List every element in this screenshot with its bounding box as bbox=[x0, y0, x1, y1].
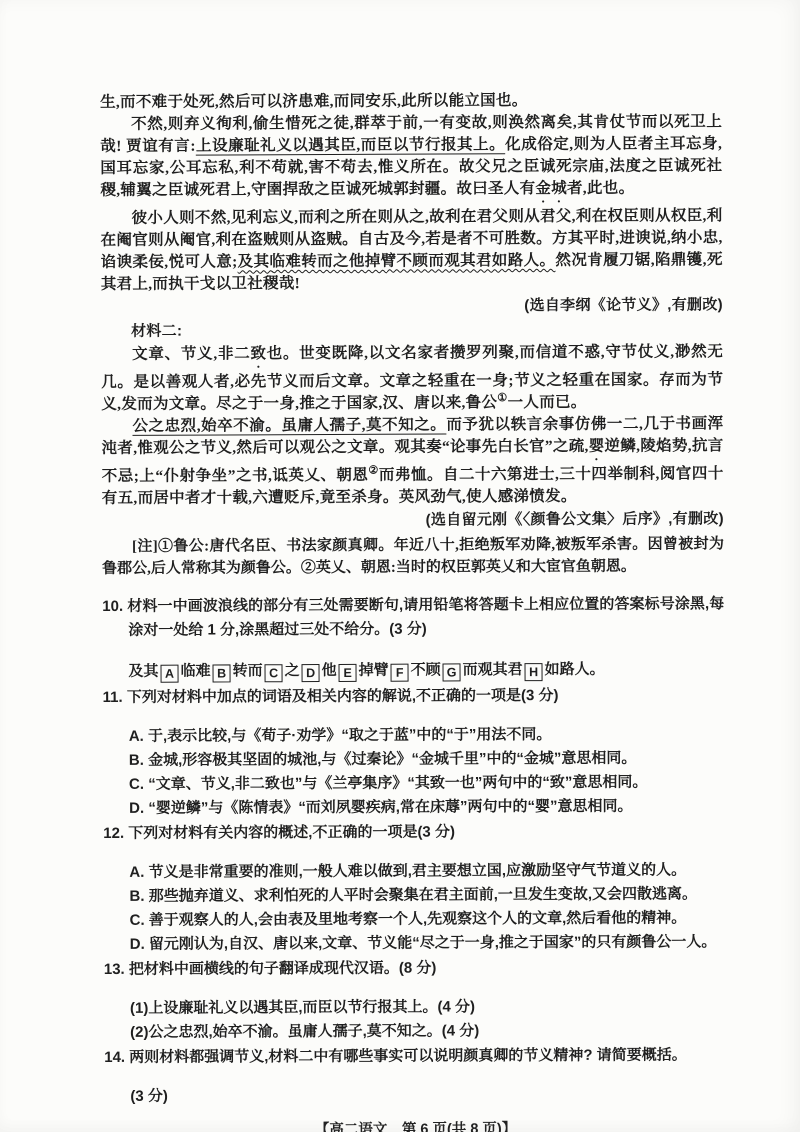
material-2: 材料二: 文章、节义,非二致也。世变既降,以文名家者攒罗列聚,而信道不惑,守节仗… bbox=[101, 317, 724, 534]
question-13-stem: 13. 把材料中画横线的句子翻译成现代汉语。(8 分) bbox=[104, 955, 726, 982]
answer-mark-box: F bbox=[391, 664, 409, 682]
question-14: 14. 两则材料都强调节义,材料二中有哪些事实可以说明颜真卿的节义精神? 请简要… bbox=[104, 1043, 726, 1109]
dotted-emphasis-text: 婴 bbox=[589, 438, 605, 455]
text-segment: 之 bbox=[285, 662, 300, 679]
question-12-option-b: B. 那些抛弃道义、求利怕死的人平时会聚集在君主面前,一旦发生变故,又会四散逃离… bbox=[103, 882, 725, 909]
question-14-stem: 14. 两则材料都强调节义,材料二中有哪些事实可以说明颜真卿的节义精神? 请简要… bbox=[104, 1043, 726, 1070]
question-11-option-b: B. 金城,形容极其坚固的城池,与《过秦论》“金城千里”中的“金城”意思相同。 bbox=[103, 746, 725, 773]
answer-mark-box: E bbox=[339, 664, 357, 682]
question-12-stem: 12. 下列对材料有关内容的概述,不正确的一项是(3 分) bbox=[103, 819, 725, 846]
underlined-text: 上设廉耻礼义以遇其臣,而臣以节行报其上。 bbox=[196, 136, 505, 154]
question-12: 12. 下列对材料有关内容的概述,不正确的一项是(3 分) A. 节义是非常重要… bbox=[103, 819, 726, 957]
text-segment: 转而 bbox=[233, 662, 263, 679]
question-10-stem: 10. 材料一中画波浪线的部分有三处需要断句,请用铅笔将答题卡上相应位置的答案标… bbox=[102, 592, 724, 643]
answer-mark-box: G bbox=[443, 663, 461, 681]
text-segment: 及其 bbox=[128, 663, 158, 680]
text-segment: 者,此也。 bbox=[567, 180, 634, 197]
exam-page: 生,而不难于处死,然后可以济患难,而同安乐,此所以能立国也。 不然,则弃义徇利,… bbox=[0, 0, 800, 1132]
footnote-ref: ① bbox=[497, 392, 507, 404]
answer-mark-box: H bbox=[525, 663, 543, 681]
question-12-option-a: A. 节义是非常重要的准则,一般人难以做到,君主要想立国,应激励坚守气节道义的人… bbox=[103, 858, 725, 885]
material-2-paragraph-1: 文章、节义,非二致也。世变既降,以文名家者攒罗列聚,而信道不惑,守节仗义,渺然无… bbox=[101, 341, 723, 416]
text-segment: 一人而已。 bbox=[508, 394, 587, 411]
material-2-paragraph-2: 公之忠烈,始卒不渝。虽庸人孺子,莫不知之。而予犹以轶言余事仿佛一二,几于书画浑沌… bbox=[101, 413, 723, 510]
question-13: 13. 把材料中画横线的句子翻译成现代汉语。(8 分) (1)上设廉耻礼义以遇其… bbox=[104, 955, 726, 1045]
material-1-paragraph-1: 生,而不难于处死,然后可以济患难,而同安乐,此所以能立国也。 bbox=[100, 89, 722, 114]
material-1: 生,而不难于处死,然后可以济患难,而同安乐,此所以能立国也。 不然,则弃义徇利,… bbox=[100, 89, 723, 320]
answer-mark-box: C bbox=[265, 664, 283, 682]
material-2-label: 材料二: bbox=[101, 317, 723, 344]
text-segment: 如路人。 bbox=[545, 661, 605, 678]
question-13-sub-1: (1)上设廉耻礼义以遇其臣,而臣以节行报其上。(4 分) bbox=[104, 994, 726, 1021]
underlined-text: 公之忠烈,始卒不渝。虽庸人孺子,莫不知之。 bbox=[132, 416, 446, 434]
answer-mark-box: A bbox=[161, 665, 179, 683]
text-segment: 生,而不难于处死,然后可以济患难,而同安乐,此所以能立国也。 bbox=[100, 92, 528, 111]
text-segment: 不顾 bbox=[411, 662, 441, 679]
question-11-option-a: A. 于,表示比较,与《荀子·劝学》“取之于蓝”中的“于”用法不同。 bbox=[103, 722, 725, 749]
question-13-sub-2: (2)公之忠烈,始卒不渝。虽庸人孺子,莫不知之。(4 分) bbox=[104, 1018, 726, 1045]
question-11-option-d: D. “婴逆鳞”与《陈情表》“而刘夙婴疾病,常在床蓐”两句中的“婴”意思相同。 bbox=[103, 794, 725, 821]
text-segment: 而观其君 bbox=[463, 661, 523, 678]
question-12-option-d: D. 留元刚认为,自汉、唐以来,文章、节义能“尽之于一身,推之于国家”的只有颜鲁… bbox=[104, 930, 726, 957]
question-10-answer-line: 及其A临难B转而C之D他E掉臂F不顾G而观其君H如路人。 bbox=[102, 655, 724, 685]
answer-mark-box: B bbox=[213, 664, 231, 682]
footnote-block: [注]①鲁公:唐代名臣、书法家颜真卿。年近八十,拒绝叛军劝降,被叛军杀害。因曾被… bbox=[102, 533, 724, 580]
text-segment: 他 bbox=[322, 662, 337, 679]
question-10: 10. 材料一中画波浪线的部分有三处需要断句,请用铅笔将答题卡上相应位置的答案标… bbox=[102, 592, 724, 685]
material-1-paragraph-3: 彼小人则不然,见利忘义,而利之所在则从之,故利在君父则从君父,利在权臣则从权臣,… bbox=[101, 205, 723, 296]
text-segment: 临难 bbox=[181, 663, 211, 680]
footnote-ref: ② bbox=[368, 465, 379, 477]
material-2-attribution: (选自留元刚《〈颜鲁公文集〉后序》,有删改) bbox=[102, 507, 724, 534]
question-11-option-c: C. “文章、节义,非二致也”与《兰亭集序》“其致一也”两句中的“致”意思相同。 bbox=[103, 770, 725, 797]
dotted-emphasis-text: 致 bbox=[250, 345, 266, 362]
question-12-option-c: C. 善于观察人的人,会由表及里地考察一个人,先观察这个人的文章,然后看他的精神… bbox=[104, 906, 726, 933]
question-11-stem: 11. 下列对材料中加点的词语及相关内容的解说,不正确的一项是(3 分) bbox=[103, 683, 725, 710]
answer-mark-box: D bbox=[302, 664, 320, 682]
text-segment: 文章、节义,非二 bbox=[132, 345, 250, 363]
material-1-attribution: (选自李纲《论节义》,有删改) bbox=[101, 293, 723, 320]
material-1-paragraph-2: 不然,则弃义徇利,偷生惜死之徒,群萃于前,一有变故,则涣然离矣,其肯仗节而以死卫… bbox=[100, 111, 722, 208]
page-content: 生,而不难于处死,然后可以济患难,而同安乐,此所以能立国也。 不然,则弃义徇利,… bbox=[100, 89, 727, 1132]
wavy-underlined-text: 及其临难转而之他掉臂不顾而观其君如路人。 bbox=[238, 252, 556, 270]
dotted-emphasis-text: 金城 bbox=[535, 180, 567, 197]
text-segment: 掉臂 bbox=[359, 662, 389, 679]
question-14-score: (3 分) bbox=[104, 1082, 726, 1109]
question-11: 11. 下列对材料中加点的词语及相关内容的解说,不正确的一项是(3 分) A. … bbox=[103, 683, 726, 821]
page-footer: 【高二语文 第 6 页(共 8 页)】 bbox=[104, 1116, 726, 1132]
